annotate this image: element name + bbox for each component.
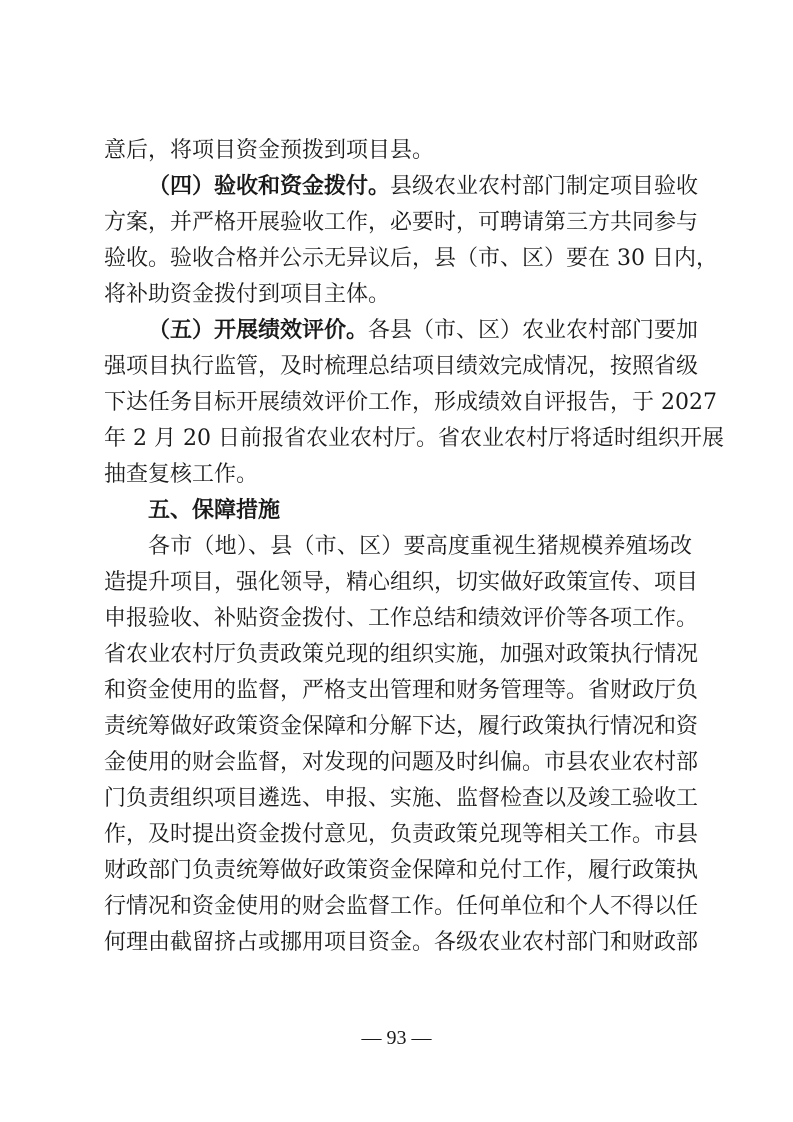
body-line: 抽查复核工作。 bbox=[104, 457, 692, 493]
body-line: 意后，将项目资金预拨到项目县。 bbox=[104, 133, 692, 169]
body-line: 强项目执行监管，及时梳理总结项目绩效完成情况，按照省级 bbox=[104, 349, 692, 385]
body-line: 造提升项目，强化领导，精心组织，切实做好政策宣传、项目 bbox=[104, 565, 692, 601]
body-line: 各市（地）、县（市、区）要高度重视生猪规模养殖场改 bbox=[104, 529, 692, 565]
section-heading: 五、保障措施 bbox=[104, 493, 692, 529]
body-line: 申报验收、补贴资金拨付、工作总结和绩效评价等各项工作。 bbox=[104, 601, 692, 637]
body-text: 县级农业农村部门制定项目验收 bbox=[390, 174, 698, 199]
body-line: 和资金使用的监督，严格支出管理和财务管理等。省财政厅负 bbox=[104, 673, 692, 709]
document-page: 意后，将项目资金预拨到项目县。 （四）验收和资金拨付。县级农业农村部门制定项目验… bbox=[104, 133, 692, 961]
body-line: 验收。验收合格并公示无异议后，县（市、区）要在 30 日内， bbox=[104, 241, 692, 277]
body-line: 行情况和资金使用的财会监督工作。任何单位和个人不得以任 bbox=[104, 889, 692, 925]
body-line: 省农业农村厅负责政策兑现的组织实施，加强对政策执行情况 bbox=[104, 637, 692, 673]
body-line: 金使用的财会监督，对发现的问题及时纠偏。市县农业农村部 bbox=[104, 745, 692, 781]
body-line: 年 2 月 20 日前报省农业农村厅。省农业农村厅将适时组织开展 bbox=[104, 421, 692, 457]
body-line: （五）开展绩效评价。各县（市、区）农业农村部门要加 bbox=[104, 313, 692, 349]
body-line: 将补助资金拨付到项目主体。 bbox=[104, 277, 692, 313]
section-subheading: （四）验收和资金拨付。 bbox=[148, 174, 390, 199]
body-line: （四）验收和资金拨付。县级农业农村部门制定项目验收 bbox=[104, 169, 692, 205]
body-line: 财政部门负责统筹做好政策资金保障和兑付工作，履行政策执 bbox=[104, 853, 692, 889]
body-text: 各县（市、区）农业农村部门要加 bbox=[368, 318, 698, 343]
body-line: 方案，并严格开展验收工作，必要时，可聘请第三方共同参与 bbox=[104, 205, 692, 241]
body-line: 下达任务目标开展绩效评价工作，形成绩效自评报告，于 2027 bbox=[104, 385, 692, 421]
page-number: — 93 — bbox=[0, 1027, 793, 1050]
body-line: 责统筹做好政策资金保障和分解下达，履行政策执行情况和资 bbox=[104, 709, 692, 745]
body-line: 何理由截留挤占或挪用项目资金。各级农业农村部门和财政部 bbox=[104, 925, 692, 961]
body-line: 作，及时提出资金拨付意见，负责政策兑现等相关工作。市县 bbox=[104, 817, 692, 853]
body-line: 门负责组织项目遴选、申报、实施、监督检查以及竣工验收工 bbox=[104, 781, 692, 817]
section-subheading: （五）开展绩效评价。 bbox=[148, 318, 368, 343]
